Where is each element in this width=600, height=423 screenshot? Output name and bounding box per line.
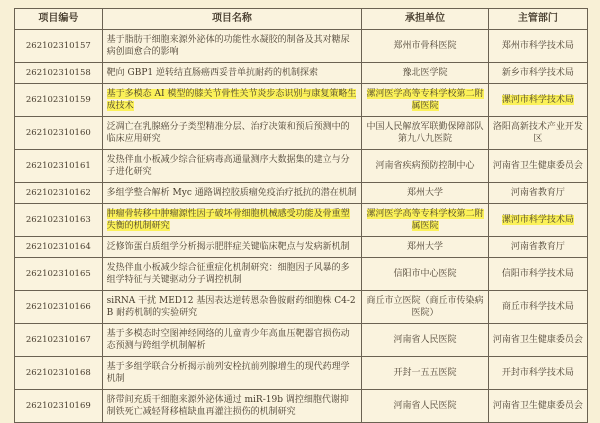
department-cell: 新乡市科学技术局 [488,63,587,84]
project-id-cell-text: 262102310165 [26,269,91,279]
unit-cell-text: 漯河医学高等专科学校第二附属医院 [367,209,484,231]
department-cell: 漯河市科学技术局 [488,84,587,117]
table-header-row: 项目编号 项目名称 承担单位 主管部门 [15,9,588,30]
table-row: 262102310167基于多模态时空图神经网络的儿童青少年高血压靶器官损伤动态… [15,324,588,357]
table-row: 262102310163肿瘤骨转移中肿瘤源性因子破坏骨细胞机械感受功能及骨重塑失… [15,204,588,237]
unit-cell-text: 商丘市立医院（商丘市传染病医院） [367,296,484,318]
project-name-cell-text: siRNA 干扰 MED12 基因表达逆转恩杂鲁胺耐药细胞株 C4-2B 耐药机… [107,296,356,318]
project-name-cell: 基于多模态 AI 模型的膝关节骨性关节炎步态识别与康复策略生成技术 [102,84,362,117]
department-cell: 河南省教育厅 [488,183,587,204]
department-cell: 洛阳高新技术产业开发区 [488,117,587,150]
department-cell-text: 河南省卫生健康委员会 [493,335,583,345]
table-row: 262102310159基于多模态 AI 模型的膝关节骨性关节炎步态识别与康复策… [15,84,588,117]
column-header-project-name: 项目名称 [102,9,362,30]
department-cell-text: 河南省教育厅 [511,188,565,198]
unit-cell: 中国人民解放军联勤保障部队第九八九医院 [362,117,489,150]
project-id-cell-text: 262102310161 [26,161,91,171]
table-row: 262102310158靶向 GBP1 逆转结直肠癌西妥昔单抗耐药的机制探索豫北… [15,63,588,84]
project-name-cell: 肿瘤骨转移中肿瘤源性因子破坏骨细胞机械感受功能及骨重塑失衡的机制研究 [102,204,362,237]
department-cell-text: 郑州市科学技术局 [502,41,574,51]
department-cell: 漯河市科学技术局 [488,204,587,237]
project-id-cell: 262102310161 [15,150,103,183]
project-id-cell: 262102310157 [15,30,103,63]
project-id-cell-text: 262102310157 [26,41,91,51]
project-id-cell: 262102310168 [15,357,103,362]
table-row: 262102310161发热伴血小板减少综合征病毒高通量测序大数据集的建立与分子… [15,150,588,183]
project-name-cell: 基于多组学联合分析揭示前列安栓抗前列腺增生的现代药理学机制 [102,357,362,362]
department-cell-text: 河南省教育厅 [511,242,565,252]
project-name-cell: 基于多模态时空图神经网络的儿童青少年高血压靶器官损伤动态预测与跨组学机制解析 [102,324,362,357]
unit-cell: 漯河医学高等专科学校第二附属医院 [362,84,489,117]
table-row: 262102310157基于脂肪干细胞来源外泌体的功能性水凝胶的制备及其对糖尿病… [15,30,588,63]
project-name-cell-text: 肿瘤骨转移中肿瘤源性因子破坏骨细胞机械感受功能及骨重塑失衡的机制研究 [107,209,350,231]
department-cell-text: 信阳市科学技术局 [502,269,574,279]
department-cell-text: 漯河市科学技术局 [502,95,574,105]
project-id-cell-text: 262102310166 [26,302,91,312]
table-row: 262102310165发热伴血小板减少综合征重症化机制研究：细胞因子风暴的多组… [15,258,588,291]
project-id-cell: 262102310166 [15,291,103,324]
unit-cell: 河南省疾病预防控制中心 [362,150,489,183]
unit-cell-text: 河南省人民医院 [394,335,457,345]
department-cell: 河南省卫生健康委员会 [488,324,587,357]
unit-cell-text: 郑州大学 [407,242,443,252]
table-row: 262102310162多组学整合解析 Myc 通路调控胶质瘤免疫治疗抵抗的潜在… [15,183,588,204]
project-name-cell-text: 发热伴血小板减少综合征病毒高通量测序大数据集的建立与分子进化研究 [107,155,350,177]
unit-cell: 郑州市骨科医院 [362,30,489,63]
table-row: 262102310164泛修饰蛋白质组学分析揭示肥胖症关键临床靶点与发病新机制郑… [15,237,588,258]
project-id-cell-text: 262102310163 [26,215,91,225]
table-row: 262102310168基于多组学联合分析揭示前列安栓抗前列腺增生的现代药理学机… [15,357,588,362]
project-name-cell-text: 多组学整合解析 Myc 通路调控胶质瘤免疫治疗抵抗的潜在机制 [107,188,357,198]
project-id-cell: 262102310165 [15,258,103,291]
unit-cell-text: 河南省疾病预防控制中心 [376,161,475,171]
project-id-cell-text: 262102310162 [26,188,91,198]
project-id-cell-text: 262102310167 [26,335,91,345]
department-cell: 开封市科学技术局 [488,357,587,362]
project-id-cell: 262102310163 [15,204,103,237]
project-id-cell: 262102310158 [15,63,103,84]
table-row: 262102310160泛凋亡在乳腺癌分子类型精准分层、治疗决策和预后预测中的临… [15,117,588,150]
document-page: 项目编号 项目名称 承担单位 主管部门 262102310157基于脂肪干细胞来… [0,0,600,361]
project-name-cell-text: 发热伴血小板减少综合征重症化机制研究：细胞因子风暴的多组学特征与关键驱动分子调控… [107,263,350,285]
department-cell: 郑州市科学技术局 [488,30,587,63]
department-cell-text: 河南省卫生健康委员会 [493,161,583,171]
unit-cell-text: 信阳市中心医院 [394,269,457,279]
project-name-cell: 靶向 GBP1 逆转结直肠癌西妥昔单抗耐药的机制探索 [102,63,362,84]
department-cell: 信阳市科学技术局 [488,258,587,291]
department-cell: 河南省教育厅 [488,237,587,258]
project-id-cell-text: 262102310159 [26,95,91,105]
project-id-cell-text: 262102310158 [26,68,91,78]
project-name-cell-text: 基于多模态 AI 模型的膝关节骨性关节炎步态识别与康复策略生成技术 [107,89,357,111]
column-header-project-id: 项目编号 [15,9,103,30]
project-id-cell: 262102310162 [15,183,103,204]
project-id-cell: 262102310159 [15,84,103,117]
project-name-cell: 泛凋亡在乳腺癌分子类型精准分层、治疗决策和预后预测中的临床应用研究 [102,117,362,150]
project-name-cell: 基于脂肪干细胞来源外泌体的功能性水凝胶的制备及其对糖尿病创面愈合的影响 [102,30,362,63]
table-body: 262102310157基于脂肪干细胞来源外泌体的功能性水凝胶的制备及其对糖尿病… [15,30,588,362]
unit-cell: 商丘市立医院（商丘市传染病医院） [362,291,489,324]
project-name-cell: 发热伴血小板减少综合征重症化机制研究：细胞因子风暴的多组学特征与关键驱动分子调控… [102,258,362,291]
project-name-cell-text: 泛凋亡在乳腺癌分子类型精准分层、治疗决策和预后预测中的临床应用研究 [107,122,350,144]
table-row: 262102310166siRNA 干扰 MED12 基因表达逆转恩杂鲁胺耐药细… [15,291,588,324]
unit-cell: 郑州大学 [362,183,489,204]
unit-cell: 开封一五五医院 [362,357,489,362]
department-cell-text: 洛阳高新技术产业开发区 [493,122,583,144]
project-list-table: 项目编号 项目名称 承担单位 主管部门 262102310157基于脂肪干细胞来… [14,8,588,361]
project-name-cell: 多组学整合解析 Myc 通路调控胶质瘤免疫治疗抵抗的潜在机制 [102,183,362,204]
unit-cell-text: 豫北医学院 [403,68,448,78]
project-id-cell: 262102310160 [15,117,103,150]
unit-cell: 信阳市中心医院 [362,258,489,291]
project-name-cell-text: 基于脂肪干细胞来源外泌体的功能性水凝胶的制备及其对糖尿病创面愈合的影响 [107,35,350,57]
project-name-cell: 泛修饰蛋白质组学分析揭示肥胖症关键临床靶点与发病新机制 [102,237,362,258]
department-cell-text: 商丘市科学技术局 [502,302,574,312]
unit-cell: 漯河医学高等专科学校第二附属医院 [362,204,489,237]
project-id-cell: 262102310167 [15,324,103,357]
project-name-cell-text: 靶向 GBP1 逆转结直肠癌西妥昔单抗耐药的机制探索 [107,68,318,78]
column-header-unit: 承担单位 [362,9,489,30]
unit-cell-text: 漯河医学高等专科学校第二附属医院 [367,89,484,111]
unit-cell-text: 郑州大学 [407,188,443,198]
project-name-cell-text: 泛修饰蛋白质组学分析揭示肥胖症关键临床靶点与发病新机制 [107,242,350,252]
project-name-cell: 发热伴血小板减少综合征病毒高通量测序大数据集的建立与分子进化研究 [102,150,362,183]
project-name-cell-text: 基于多模态时空图神经网络的儿童青少年高血压靶器官损伤动态预测与跨组学机制解析 [107,329,350,351]
project-id-cell-text: 262102310160 [26,128,91,138]
unit-cell: 豫北医学院 [362,63,489,84]
project-id-cell: 262102310164 [15,237,103,258]
unit-cell-text: 中国人民解放军联勤保障部队第九八九医院 [367,122,484,144]
unit-cell: 郑州大学 [362,237,489,258]
project-id-cell-text: 262102310164 [26,242,91,252]
unit-cell-text: 郑州市骨科医院 [394,41,457,51]
unit-cell: 河南省人民医院 [362,324,489,357]
column-header-department: 主管部门 [488,9,587,30]
department-cell: 河南省卫生健康委员会 [488,150,587,183]
department-cell-text: 漯河市科学技术局 [502,215,574,225]
department-cell-text: 新乡市科学技术局 [502,68,574,78]
project-name-cell: siRNA 干扰 MED12 基因表达逆转恩杂鲁胺耐药细胞株 C4-2B 耐药机… [102,291,362,324]
department-cell: 商丘市科学技术局 [488,291,587,324]
